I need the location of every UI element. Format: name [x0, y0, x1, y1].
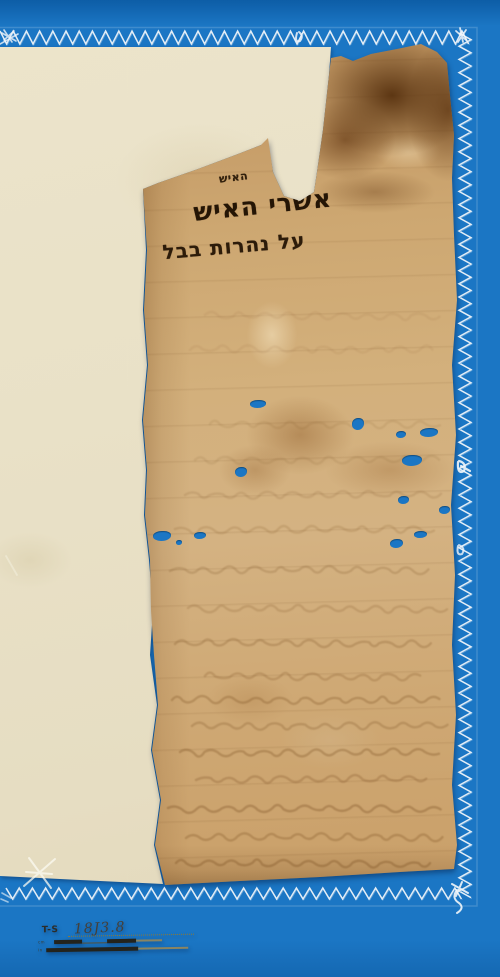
photo-background: האיש אשרי האיש על נהרות בבל T-S	[0, 0, 500, 977]
scale-bar-cm: cm	[38, 937, 162, 944]
shelfmark-prefix: T-S	[42, 925, 59, 935]
shelfmark-ruled-line: 18J3.8	[68, 919, 194, 937]
scale-caption-cm: cm	[38, 940, 54, 944]
shelfmark-label: T-S 18J3.8 cm in	[32, 914, 205, 960]
scale-bar-in: in	[38, 945, 188, 953]
shelfmark-number: 18J3.8	[74, 919, 126, 937]
